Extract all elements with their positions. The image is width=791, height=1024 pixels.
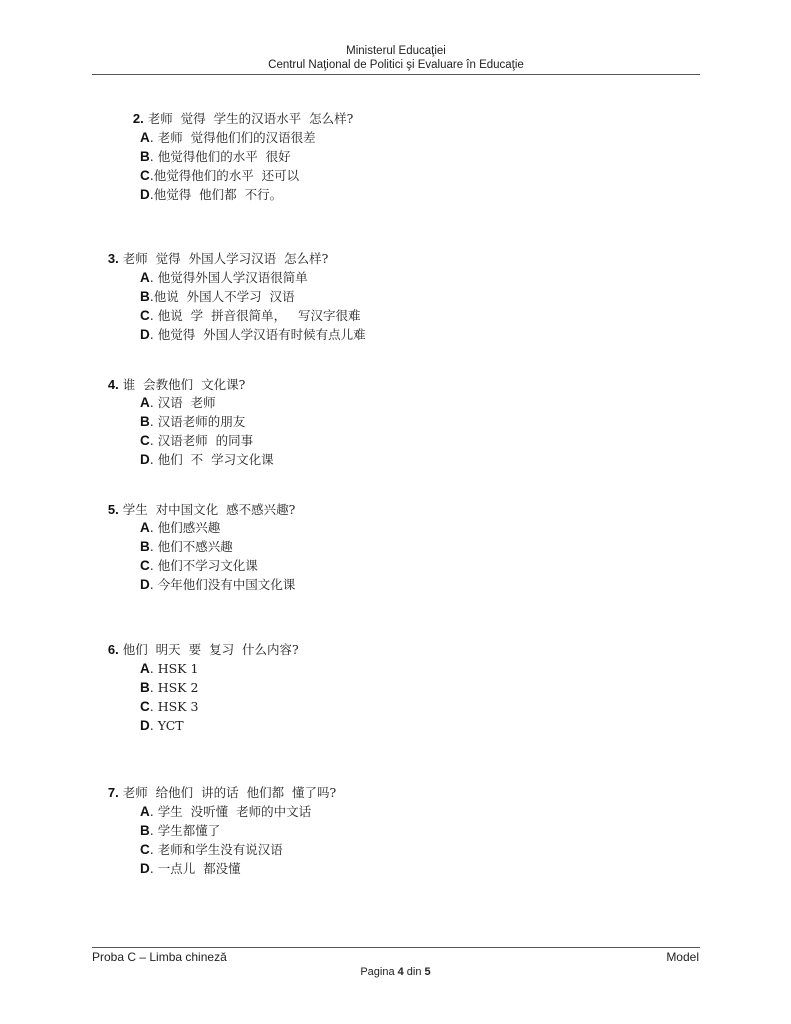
question-number: 2. (133, 111, 144, 126)
exam-page: Ministerul Educaţiei Centrul Naţional de… (0, 0, 791, 1024)
question-text: 老师 觉得 学生的汉语水平 怎么样? (144, 111, 354, 126)
option-a: A. 学生 没听懂 老师的中文话 (140, 802, 311, 821)
question-text: 他们 明天 要 复习 什么内容? (119, 642, 299, 657)
option-d: D.他觉得 他们都 不行。 (140, 185, 316, 204)
exam-variant: Model (666, 950, 699, 964)
option-a: A. 老师 觉得他们们的汉语很差 (140, 128, 316, 147)
option-c: C. 他们不学习文化课 (140, 556, 295, 575)
option-d: D. 一点儿 都没懂 (140, 859, 311, 878)
question-2-options: A. 老师 觉得他们们的汉语很差 B. 他觉得他们的水平 很好 C.他觉得他们的… (140, 128, 316, 204)
exam-subject: Proba C – Limba chineză (92, 950, 227, 964)
ministry-name: Ministerul Educaţiei (92, 44, 700, 58)
option-b: B. 学生都懂了 (140, 821, 311, 840)
header-divider (92, 74, 700, 75)
page-header: Ministerul Educaţiei Centrul Naţional de… (92, 44, 700, 72)
question-4-options: A. 汉语 老师 B. 汉语老师的朋友 C. 汉语老师 的同事 D. 他们 不 … (140, 393, 274, 469)
option-c: C. 他说 学 拼音很简单， 写汉字很难 (140, 306, 366, 325)
option-b: B. 汉语老师的朋友 (140, 412, 274, 431)
question-number: 5. (108, 502, 119, 517)
option-d: D. YCT (140, 716, 198, 735)
option-c: C. HSK 3 (140, 697, 198, 716)
question-number: 3. (108, 251, 119, 266)
question-text: 谁 会教他们 文化课? (119, 377, 246, 392)
option-c: C.他觉得他们的水平 还可以 (140, 166, 316, 185)
option-c: C. 老师和学生没有说汉语 (140, 840, 311, 859)
option-a: A. HSK 1 (140, 659, 198, 678)
option-b: B.他说 外国人不学习 汉语 (140, 287, 366, 306)
question-number: 4. (108, 377, 119, 392)
question-number: 6. (108, 642, 119, 657)
question-7-options: A. 学生 没听懂 老师的中文话 B. 学生都懂了 C. 老师和学生没有说汉语 … (140, 802, 311, 878)
footer-divider (92, 947, 700, 948)
question-text: 老师 给他们 讲的话 他们都 懂了吗? (119, 785, 336, 800)
option-c: C. 汉语老师 的同事 (140, 431, 274, 450)
question-text: 老师 觉得 外国人学习汉语 怎么样? (119, 251, 329, 266)
option-b: B. HSK 2 (140, 678, 198, 697)
option-b: B. 他们不感兴趣 (140, 537, 295, 556)
question-5-options: A. 他们感兴趣 B. 他们不感兴趣 C. 他们不学习文化课 D. 今年他们没有… (140, 518, 295, 594)
option-a: A. 汉语 老师 (140, 393, 274, 412)
option-d: D. 他觉得 外国人学汉语有时候有点儿难 (140, 325, 366, 344)
center-name: Centrul Naţional de Politici şi Evaluare… (92, 58, 700, 72)
question-number: 7. (108, 785, 119, 800)
option-d: D. 今年他们没有中国文化课 (140, 575, 295, 594)
option-d: D. 他们 不 学习文化课 (140, 450, 274, 469)
page-number: Pagina 4 din 5 (0, 966, 791, 978)
option-a: A. 他们感兴趣 (140, 518, 295, 537)
question-3-options: A. 他觉得外国人学汉语很简单 B.他说 外国人不学习 汉语 C. 他说 学 拼… (140, 268, 366, 344)
option-b: B. 他觉得他们的水平 很好 (140, 147, 316, 166)
question-text: 学生 对中国文化 感不感兴趣? (119, 502, 296, 517)
question-6-options: A. HSK 1 B. HSK 2 C. HSK 3 D. YCT (140, 659, 198, 735)
option-a: A. 他觉得外国人学汉语很简单 (140, 268, 366, 287)
